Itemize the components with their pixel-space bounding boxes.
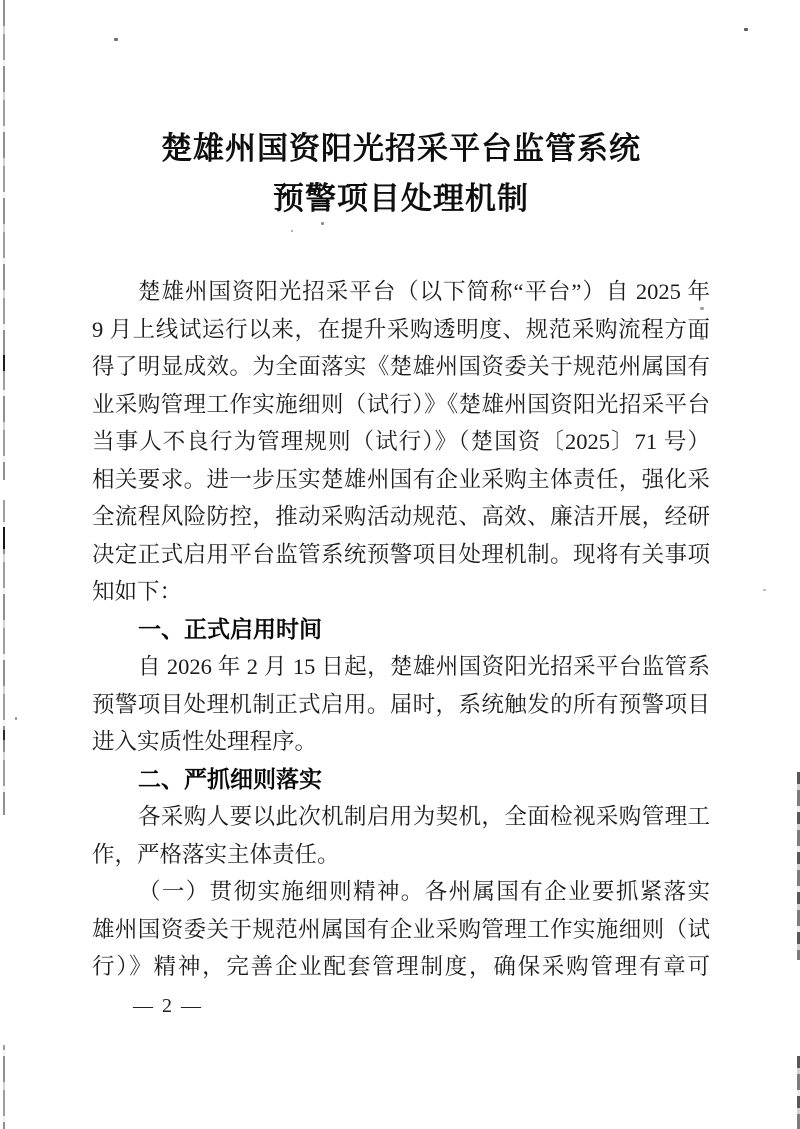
scan-edge-dark-segment	[3, 730, 5, 740]
scan-speck	[321, 222, 324, 225]
scan-edge-dark-segment	[3, 355, 5, 371]
scan-edge-gap	[2, 815, 6, 1045]
body-line: 作，严格落实主体责任。	[92, 836, 710, 874]
body-line: 知如下：	[92, 573, 710, 611]
body-line: 全流程风险防控，推动采购活动规范、高效、廉洁开展，经研究，	[92, 498, 710, 536]
body-line: 各采购人要以此次机制启用为契机，全面检视采购管理工	[92, 798, 710, 836]
scan-speck	[700, 307, 704, 310]
body-line: 当事人不良行为管理规则（试行）》（楚国资〔2025〕71 号）	[92, 423, 710, 461]
body-line: 自 2026 年 2 月 15 日起，楚雄州国资阳光招采平台监管系统	[92, 648, 710, 686]
body-line: （一）贯彻实施细则精神。各州属国有企业要抓紧落实《楚	[92, 873, 710, 911]
document-title-line1: 楚雄州国资阳光招采平台监管系统	[92, 124, 710, 174]
scan-speck	[744, 28, 748, 31]
body-line: 雄州国资委关于规范州属国有企业采购管理工作实施细则（试	[92, 911, 710, 949]
section-heading: 二、严抓细则落实	[92, 761, 710, 799]
scan-speck	[15, 717, 17, 720]
scan-speck	[291, 230, 293, 232]
body-line: 楚雄州国资阳光招采平台（以下简称“平台”）自 2025 年	[92, 273, 710, 311]
scan-speck	[700, 337, 704, 340]
document-title-line2: 预警项目处理机制	[92, 174, 710, 224]
section-heading: 一、正式启用时间	[92, 611, 710, 649]
scan-speck	[114, 38, 118, 41]
scan-speck	[763, 589, 766, 591]
body-line: 行）》精神，完善企业配套管理制度，确保采购管理有章可循、	[92, 948, 710, 986]
body-line: 进入实质性处理程序。	[92, 723, 710, 761]
body-line: 决定正式启用平台监管系统预警项目处理机制。现将有关事项通	[92, 536, 710, 574]
document-title: 楚雄州国资阳光招采平台监管系统 预警项目处理机制	[92, 124, 710, 224]
page-number: — 2 —	[133, 995, 203, 1018]
body-line: 9 月上线试运行以来，在提升采购透明度、规范采购流程方面取	[92, 311, 710, 349]
document-body: 楚雄州国资阳光招采平台（以下简称“平台”）自 2025 年9 月上线试运行以来，…	[92, 273, 710, 986]
scan-edge-dark-segment	[3, 527, 5, 549]
body-line: 业采购管理工作实施细则（试行）》《楚雄州国资阳光招采平台	[92, 386, 710, 424]
body-line: 相关要求。进一步压实楚雄州国有企业采购主体责任，强化采购	[92, 461, 710, 499]
body-line: 得了明显成效。为全面落实《楚雄州国资委关于规范州属国有企	[92, 348, 710, 386]
scan-speck	[165, 504, 168, 506]
scan-edge-gap	[2, 480, 6, 500]
body-line: 预警项目处理机制正式启用。届时，系统触发的所有预警项目将	[92, 686, 710, 724]
scanned-document-page: 楚雄州国资阳光招采平台监管系统 预警项目处理机制 楚雄州国资阳光招采平台（以下简…	[0, 0, 800, 1129]
